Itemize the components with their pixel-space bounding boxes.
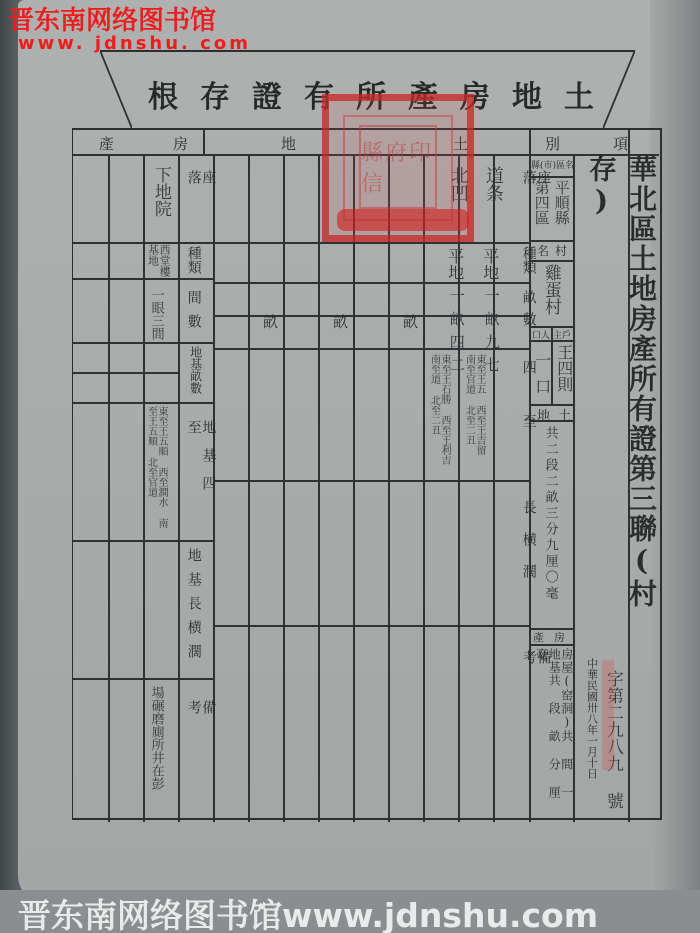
seal-ink-smudge bbox=[337, 209, 469, 231]
county-district-label: 縣(市)區名 bbox=[531, 158, 574, 171]
grid-line bbox=[203, 130, 205, 154]
grid-line bbox=[73, 242, 213, 244]
house-row-label-remarks: 備考 bbox=[186, 700, 215, 820]
population-value: 一口 bbox=[533, 352, 550, 404]
grid-line bbox=[73, 402, 213, 404]
house-rooms: 一眼三間 bbox=[149, 288, 163, 342]
house-location: 下地院 bbox=[151, 166, 169, 217]
grid-line bbox=[283, 154, 285, 822]
county-value: 平順縣 bbox=[553, 180, 569, 225]
certificate-main-title: 華北區土地房產所有證第三聯(村存) bbox=[581, 154, 661, 654]
grid-line bbox=[73, 540, 213, 542]
grid-line bbox=[423, 154, 425, 822]
land-parcel-2-type: 平地 bbox=[446, 248, 463, 280]
house-row-label-foundation-boundaries: 地基四至 bbox=[186, 420, 215, 530]
grid-line bbox=[73, 372, 178, 374]
grid-line bbox=[178, 154, 180, 822]
watermark-url: www. jdnshu. com bbox=[18, 33, 251, 54]
land-parcel-2-boundaries: 東至王石勝 西至王利吉 南至道 北至二丑 bbox=[428, 354, 449, 474]
grid-line bbox=[318, 154, 320, 822]
header-category-label: 別 bbox=[545, 133, 560, 154]
header-item-label: 項 bbox=[613, 133, 628, 154]
land-parcel-1-acres: 一畝九七 bbox=[483, 288, 499, 380]
header-house-label-2: 產 bbox=[99, 133, 114, 154]
grid-line bbox=[213, 282, 529, 284]
grid-line bbox=[213, 480, 529, 482]
land-parcel-1-type: 平地 bbox=[481, 248, 498, 280]
grid-line bbox=[213, 315, 529, 317]
land-total-value: 共二段二畝三分九厘〇毫 bbox=[543, 426, 557, 626]
house-row-label-type: 種類 bbox=[186, 246, 201, 282]
watermark-bottom: 晋东南网络图书馆www.jdnshu.com bbox=[18, 890, 598, 933]
land-parcel-1-boundaries: 東至王五 西至王吉留 南至官道 北至二丑 bbox=[463, 354, 484, 474]
house-row-label-foundation-dimensions: 地基長横濶 bbox=[186, 548, 201, 678]
village-value: 雞蛋村 bbox=[541, 264, 559, 315]
watermark-library-name: 晋东南网络图书馆 bbox=[8, 0, 216, 37]
house-row-label-location: 座落 bbox=[186, 170, 215, 240]
unit-label-acre: 畝 bbox=[333, 311, 348, 332]
grid-line bbox=[213, 242, 529, 244]
certificate-form: 土地房產所有證存根 產 房 地 土 別 項 座落 種類 bbox=[72, 50, 662, 820]
land-total-label: 土地 bbox=[537, 405, 579, 424]
house-total-label: 房產 bbox=[533, 629, 575, 645]
unit-label-acre: 畝 bbox=[263, 311, 278, 332]
land-parcel-1-location: 道条 bbox=[483, 166, 502, 202]
house-total-value: 房屋(窑洞)共 間 一 地基共 段 畝 分 厘 毫 bbox=[535, 648, 573, 818]
issue-date: 中華民國卅八年一月十日 bbox=[586, 658, 598, 818]
house-type: 西堂樓基地 bbox=[147, 244, 170, 280]
house-remarks: 場碾磨廁所井在彭 bbox=[149, 686, 163, 816]
house-boundaries: 東至王五順 西至澗水 南至王五順 北至官道 bbox=[145, 406, 166, 536]
grid-line bbox=[108, 154, 110, 822]
land-row-label-dimensions: 長横濶 bbox=[521, 500, 536, 620]
district-value: 第四區 bbox=[533, 180, 549, 225]
grid-line bbox=[529, 176, 573, 178]
header-land-label-2: 地 bbox=[281, 133, 296, 154]
grid-line bbox=[213, 348, 529, 350]
grid-line bbox=[73, 678, 213, 680]
date-stamp-ink bbox=[602, 660, 614, 770]
grid-line bbox=[529, 260, 573, 262]
land-row-label-type: 種類 bbox=[521, 246, 536, 282]
house-row-label-foundation-acres: 地基畝數 bbox=[189, 346, 202, 402]
population-label: 人口 bbox=[532, 328, 550, 341]
seal-inscription: 縣府印信 bbox=[359, 125, 437, 209]
house-row-label-rooms: 間數 bbox=[186, 290, 201, 346]
grid-line bbox=[213, 625, 529, 627]
grid-line bbox=[388, 154, 390, 822]
grid-line bbox=[248, 154, 250, 822]
official-red-seal: 縣府印信 bbox=[322, 94, 474, 242]
household-label: 戶主 bbox=[553, 328, 571, 341]
village-label: 村名 bbox=[537, 242, 573, 259]
unit-label-acre: 畝 bbox=[403, 311, 418, 332]
household-value: 王四則 bbox=[555, 344, 572, 392]
header-house-label-1: 房 bbox=[173, 133, 188, 154]
land-parcel-2-acres: 一畝四二 bbox=[448, 288, 464, 380]
grid-line bbox=[353, 154, 355, 822]
